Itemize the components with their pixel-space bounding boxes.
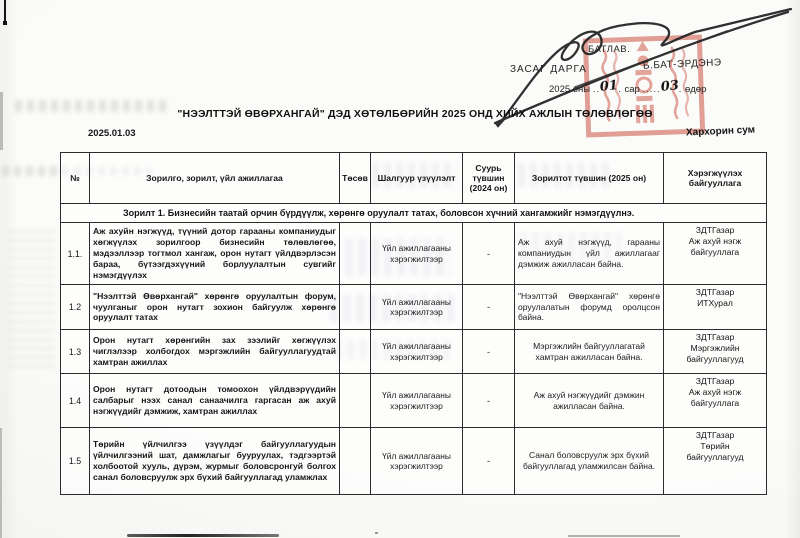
target-cell: Санал боловсруулж эрх бүхий байгууллагад… [515,428,664,494]
target-text: Аж ахуй нэгжүүд, гарааны компаниудын үйл… [518,237,660,270]
row-number-text: 1.1. [68,249,83,259]
row-number-text: 1.4 [69,396,81,406]
implementer-text: ЗДТГазар Аж ахуй нэгж байгууллага [667,224,763,259]
implementer-text: ЗДТГазар Төрийн байгууллагууд [667,429,763,464]
indicator-text: Үйл ажиллагааны хэрэгжилтээр [374,341,459,362]
baseline-text: - [487,302,490,312]
table-row: 1.2 "Нээлттэй Өвөрхангай" хөрөнгө оруула… [61,284,766,329]
implementer-text: ЗДТГазар Мэргэжлийн байгууллагууд [667,331,763,366]
scan-edge-artifact [0,92,3,150]
header-cell-objective: Зорилго, зорилт, үйл ажиллагаа [90,153,340,203]
target-text: Мэргэжлийн байгууллагатай хамтран ажилла… [518,341,660,363]
budget-cell [340,428,371,494]
indicator-text: Үйл ажиллагааны хэрэгжилтээр [374,243,459,264]
scan-bottom-artifact [127,534,279,537]
target-text: Аж ахуй нэгжүүдийг дэмжин ажилласан байн… [518,390,660,412]
document-date: 2025.01.03 [88,128,136,139]
day-word: өдөр [685,84,706,95]
baseline-cell: - [463,223,515,284]
header-label: Зорилго, зорилт, үйл ажиллагаа [146,173,283,183]
implementer-cell: ЗДТГазар Төрийн байгууллагууд [664,428,766,494]
plan-table: № Зорилго, зорилт, үйл ажиллагаа Төсөв Ш… [60,152,767,495]
header-label: Хэрэгжүүлэх байгууллага [667,168,763,189]
row-number-text: 1.5 [69,456,81,466]
implementer-text: ЗДТГазар Аж ахуй нэгж байгууллага [667,375,763,410]
baseline-text: - [487,396,490,406]
header-label: Төсөв [342,173,368,183]
target-cell: "Нээлттэй Өвөрхангай" хөрөнгө оруулалаты… [515,285,664,329]
activity-text: Орон нутагт хөрөнгийн зах зээлийг хөгжүү… [93,335,336,367]
handwritten-day: 03 [660,78,680,95]
baseline-text: - [487,347,490,357]
scan-speck [375,532,378,534]
header-label: Суурь түвшин (2024 он) [466,163,511,194]
budget-cell [340,223,371,284]
table-row: 1.3 Орон нутагт хөрөнгийн зах зээлийг хө… [61,329,766,373]
scan-edge-artifact [0,428,2,538]
baseline-cell: - [463,285,515,329]
approver-name: Б.БАТ-ЭРДЭНЭ [643,57,722,71]
header-cell-budget: Төсөв [340,153,371,203]
target-cell: Мэргэжлийн байгууллагатай хамтран ажилла… [515,330,664,373]
target-cell: Аж ахуй нэгжүүдийг дэмжин ажилласан байн… [515,374,664,427]
header-cell-indicator: Шалгуур үзүүлэлт [371,153,463,203]
table-row: 1.5 Төрийн үйлчилгээ үзүүлдэг байгууллаг… [61,427,766,494]
activity-cell: Орон нутагт хөрөнгийн зах зээлийг хөгжүү… [90,330,340,373]
section-title: Зорилт 1. Бизнесийн таатай орчин бүрдүүл… [123,208,634,218]
section-title-row: Зорилт 1. Бизнесийн таатай орчин бүрдүүл… [61,203,766,222]
activity-cell: Төрийн үйлчилгээ үзүүлдэг байгууллагууды… [90,428,340,494]
target-text: "Нээлттэй Өвөрхангай" хөрөнгө оруулалаты… [518,291,660,324]
scan-bottom-artifact [568,535,680,537]
header-label: Шалгуур үзүүлэлт [378,173,456,183]
target-cell: Аж ахуй нэгжүүд, гарааны компаниудын үйл… [515,223,664,284]
implementer-cell: ЗДТГазар Аж ахуй нэгж байгууллага [664,374,766,427]
row-number-text: 1.3 [69,347,81,357]
document-location: Хархорин сум [686,124,756,138]
activity-text: Аж ахуйн нэгжүүд, түүний дотор гарааны к… [93,226,336,280]
row-number-text: 1.2 [69,302,81,312]
implementer-text: ЗДТГазар ИТХурал [667,286,763,309]
activity-text: Орон нутагт дотоодын томоохон үйлдвэрүүд… [93,384,336,416]
header-label: Зорилтот түвшин (2025 он) [532,173,646,183]
row-number: 1.3 [61,330,90,373]
bleedthrough-smudge [8,228,56,368]
header-cell-baseline: Суурь түвшин (2024 он) [463,153,515,203]
scan-corner-mark [4,0,6,21]
table-row: 1.4 Орон нутагт дотоодын томоохон үйлдвэ… [61,373,766,427]
header-cell-no: № [61,153,90,203]
handwritten-month: 01 [599,78,619,95]
scan-corner-dot [3,21,7,25]
baseline-text: - [487,249,490,259]
paper-edge-shadow [784,0,800,538]
date-dots: . [618,84,622,95]
document-title: "НЭЭЛТТЭЙ ӨВӨРХАНГАЙ" ДЭД ХӨТӨЛБӨРИЙН 20… [30,108,800,120]
header-cell-implementer: Хэрэгжүүлэх байгууллага [664,153,766,203]
activity-cell: Орон нутагт дотоодын томоохон үйлдвэрүүд… [90,374,340,427]
approval-label: БАТЛАВ. [588,44,630,55]
indicator-cell: Үйл ажиллагааны хэрэгжилтээр [371,285,463,329]
indicator-cell: Үйл ажиллагааны хэрэгжилтээр [371,223,463,284]
header-label: № [70,173,80,183]
indicator-text: Үйл ажиллагааны хэрэгжилтээр [374,451,459,472]
baseline-cell: - [463,374,515,427]
indicator-text: Үйл ажиллагааны хэрэгжилтээр [374,297,459,318]
date-prefix: 2025 оны [549,84,590,95]
budget-cell [340,285,371,329]
approval-date-line: 2025 оны ..01. сар .....03. өдөр [549,81,706,96]
header-cell-target: Зорилтот түвшин (2025 он) [515,153,664,203]
activity-text: Төрийн үйлчилгээ үзүүлдэг байгууллагууды… [93,439,336,482]
implementer-cell: ЗДТГазар ИТХурал [664,285,766,329]
budget-cell [340,374,371,427]
row-number: 1.5 [61,428,90,494]
baseline-cell: - [463,330,515,373]
indicator-cell: Үйл ажиллагааны хэрэгжилтээр [371,330,463,373]
implementer-cell: ЗДТГазар Мэргэжлийн байгууллагууд [664,330,766,373]
target-text: Санал боловсруулж эрх бүхий байгууллагад… [518,450,660,472]
baseline-text: - [487,456,490,466]
indicator-cell: Үйл ажиллагааны хэрэгжилтээр [371,374,463,427]
indicator-cell: Үйл ажиллагааны хэрэгжилтээр [371,428,463,494]
scanned-document-page: БАТЛАВ. ЗАСАГ ДАРГА Б.БАТ-ЭРДЭНЭ 2025 он… [0,0,800,538]
baseline-cell: - [463,428,515,494]
month-word: сар [624,84,639,95]
table-header-row: № Зорилго, зорилт, үйл ажиллагаа Төсөв Ш… [61,153,766,203]
approver-title: ЗАСАГ ДАРГА [510,64,587,75]
activity-text: "Нээлттэй Өвөрхангай" хөрөнгө оруулалтын… [93,291,336,323]
row-number: 1.1. [61,223,90,284]
implementer-cell: ЗДТГазар Аж ахуй нэгж байгууллага [664,223,766,284]
row-number: 1.4 [61,374,90,427]
activity-cell: Аж ахуйн нэгжүүд, түүний дотор гарааны к… [90,223,340,284]
activity-cell: "Нээлттэй Өвөрхангай" хөрөнгө оруулалтын… [90,285,340,329]
date-dots: ..... [642,84,660,95]
row-number: 1.2 [61,285,90,329]
budget-cell [340,330,371,373]
table-row: 1.1. Аж ахуйн нэгжүүд, түүний дотор гара… [61,222,766,284]
indicator-text: Үйл ажиллагааны хэрэгжилтээр [374,390,459,411]
